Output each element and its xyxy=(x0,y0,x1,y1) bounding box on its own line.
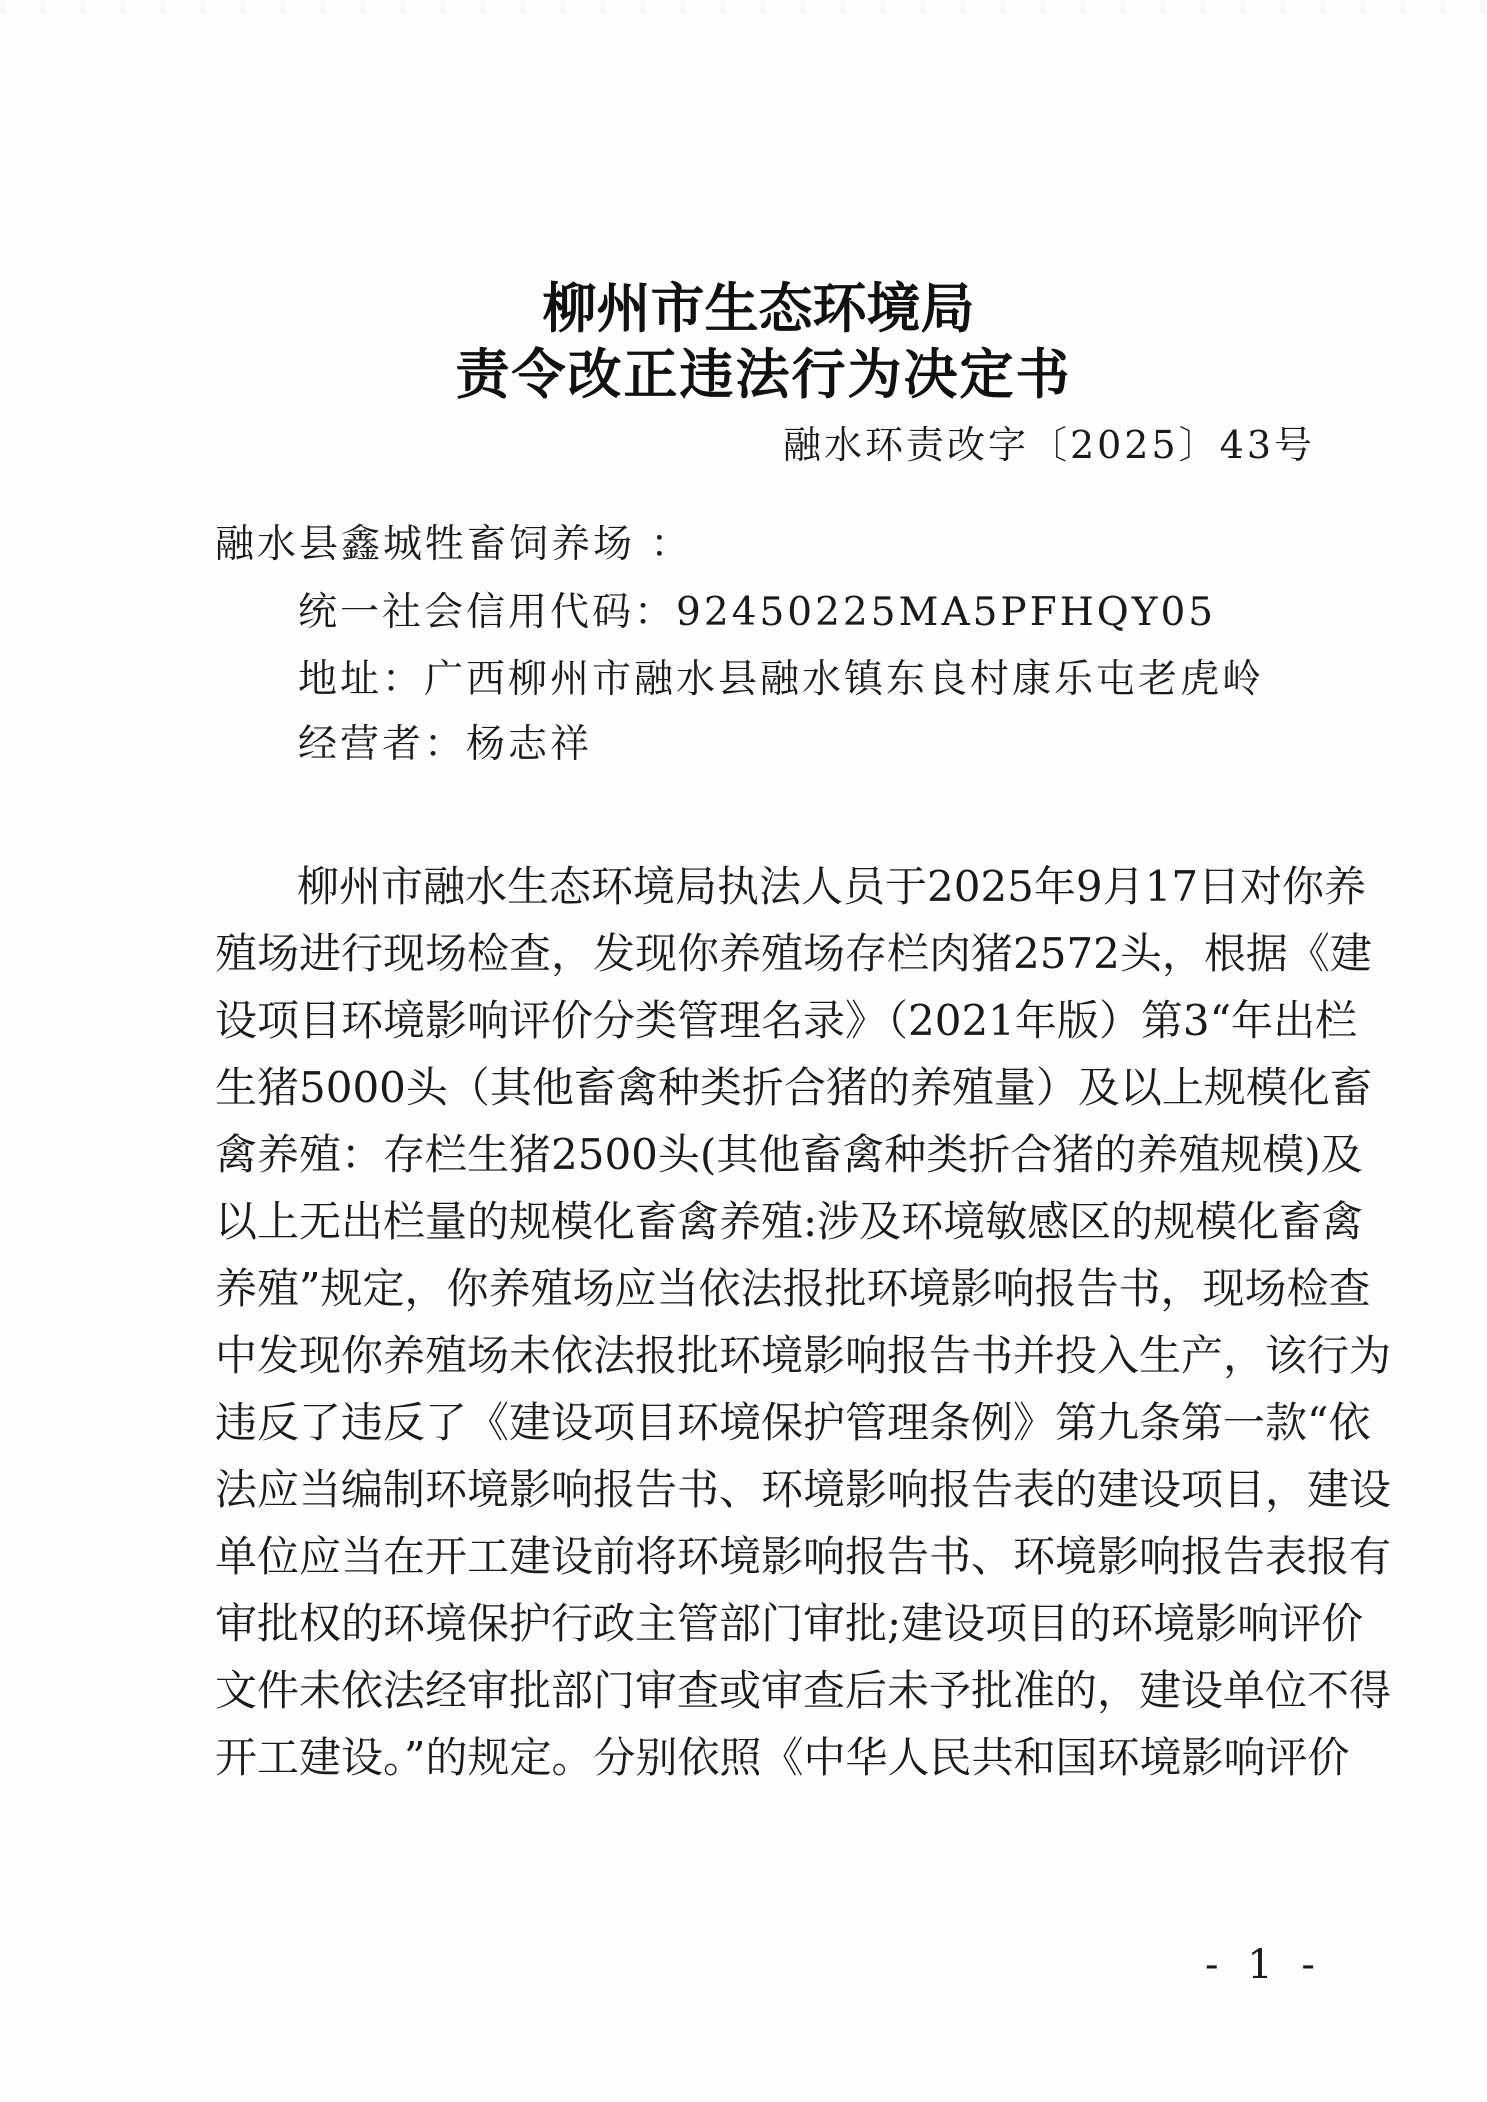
document-number: 融水环责改字〔2025〕43号 xyxy=(783,420,1315,470)
body-line: 禽养殖：存栏生猪2500头(其他畜禽种类折合猪的养殖规模)及 xyxy=(215,1130,1333,1180)
operator-value: 杨志祥 xyxy=(466,722,592,767)
operator-line: 经营者：杨志祥 xyxy=(298,720,592,770)
body-line: 殖场进行现场检查，发现你养殖场存栏肉猪2572头，根据《建 xyxy=(215,929,1333,979)
body-line: 单位应当在开工建设前将环境影响报告书、环境影响报告表报有 xyxy=(215,1532,1333,1582)
body-line: 开工建设。”的规定。分别依照《中华人民共和国环境影响评价 xyxy=(215,1733,1333,1783)
page-number: - 1 - xyxy=(1205,1940,1323,1990)
document-page: 柳州市生态环境局 责令改正违法行为决定书 融水环责改字〔2025〕43号 融水县… xyxy=(0,0,1487,2102)
body-line: 以上无出栏量的规模化畜禽养殖:涉及环境敏感区的规模化畜禽 xyxy=(215,1197,1333,1247)
address-label: 地址： xyxy=(298,657,424,702)
body-line: 中发现你养殖场未依法报批环境影响报告书并投入生产，该行为 xyxy=(215,1331,1333,1381)
credit-code-value: 92450225MA5PFHQY05 xyxy=(676,590,1216,635)
body-line: 柳州市融水生态环境局执法人员于2025年9月17日对你养 xyxy=(297,862,1333,912)
title-document-type: 责令改正违法行为决定书 xyxy=(0,342,1487,408)
title-issuing-authority: 柳州市生态环境局 xyxy=(0,276,1487,342)
body-line: 生猪5000头（其他畜禽种类折合猪的养殖量）及以上规模化畜 xyxy=(215,1063,1333,1113)
body-line: 文件未依法经审批部门审查或审查后未予批准的，建设单位不得 xyxy=(215,1666,1333,1716)
credit-code-label: 统一社会信用代码： xyxy=(298,590,676,635)
body-line: 审批权的环境保护行政主管部门审批;建设项目的环境影响评价 xyxy=(215,1599,1333,1649)
address-value: 广西柳州市融水县融水镇东良村康乐屯老虎岭 xyxy=(424,657,1264,702)
body-line: 法应当编制环境影响报告书、环境影响报告表的建设项目，建设 xyxy=(215,1465,1333,1515)
body-line: 违反了违反了《建设项目环境保护管理条例》第九条第一款“依 xyxy=(215,1398,1333,1448)
credit-code-line: 统一社会信用代码：92450225MA5PFHQY05 xyxy=(298,588,1216,638)
body-line: 养殖”规定，你养殖场应当依法报批环境影响报告书，现场检查 xyxy=(215,1264,1333,1314)
operator-label: 经营者： xyxy=(298,722,466,767)
address-line: 地址：广西柳州市融水县融水镇东良村康乐屯老虎岭 xyxy=(298,655,1264,705)
body-line: 设项目环境影响评价分类管理名录》（2021年版）第3“年出栏 xyxy=(215,996,1333,1046)
recipient-name: 融水县鑫城牲畜饲养场 ： xyxy=(215,520,692,570)
scan-bleed-through xyxy=(0,0,1487,14)
